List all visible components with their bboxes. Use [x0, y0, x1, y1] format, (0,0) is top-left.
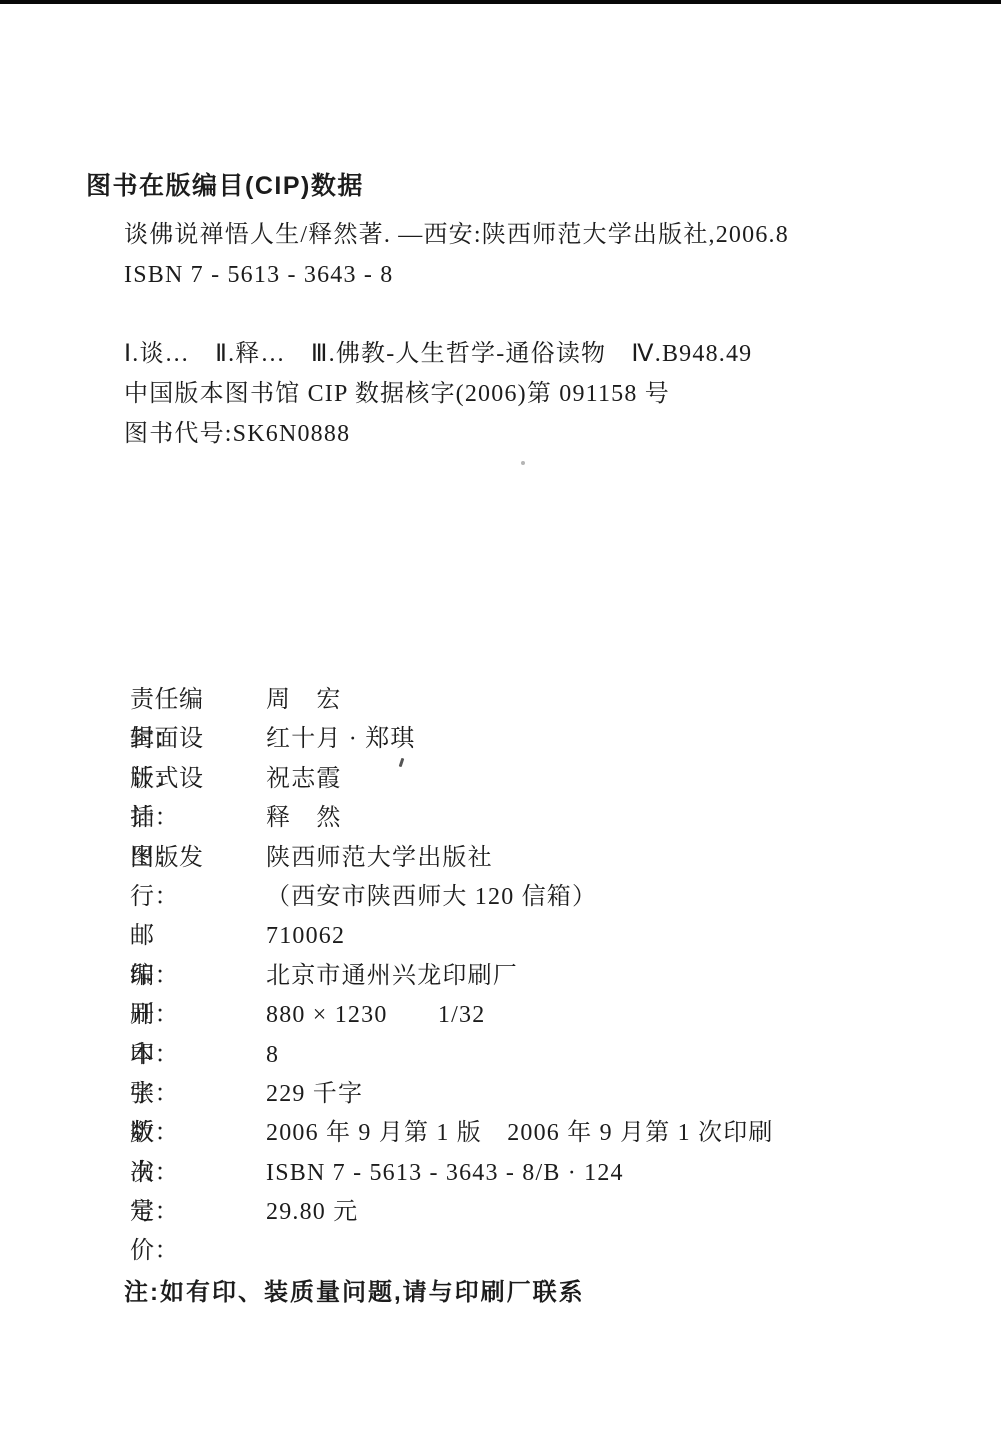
colophon-value: 北京市通州兴龙印刷厂	[266, 957, 518, 996]
colophon-row-format: 开 本：880 × 1230 1/32	[130, 996, 774, 1035]
cip-citation-line: 谈佛说禅悟人生/释然著. —西安:陕西师范大学出版社,2006.8	[124, 215, 789, 255]
colophon-value: （西安市陕西师大 120 信箱）	[266, 878, 597, 917]
colophon-value: 释 然	[266, 799, 342, 838]
colophon-value: 周 宏	[266, 681, 342, 720]
scan-artifact-dot	[521, 461, 525, 465]
colophon-row-edition: 版 次：2006 年 9 月第 1 版 2006 年 9 月第 1 次印刷	[130, 1114, 774, 1153]
colophon-value: 8	[266, 1036, 279, 1075]
colophon-row-illustration: 插 图：释 然	[130, 799, 774, 838]
scan-artifact-top-bar	[0, 0, 1001, 4]
colophon-value: 880 × 1230 1/32	[266, 996, 485, 1035]
colophon-value: 2006 年 9 月第 1 版 2006 年 9 月第 1 次印刷	[266, 1114, 774, 1153]
colophon-value: 229 千字	[266, 1075, 363, 1114]
colophon-row-cover-design: 封面设计：红十月 · 郑琪	[130, 720, 774, 759]
cip-classification-line: Ⅰ.谈… Ⅱ.释… Ⅲ.佛教-人生哲学-通俗读物 Ⅳ.B948.49	[124, 334, 752, 374]
colophon-block: 责任编辑：周 宏 封面设计：红十月 · 郑琪 版式设计：祝志霞 插 图：释 然 …	[130, 681, 774, 1232]
colophon-row-postcode: 邮 编：710062	[130, 917, 774, 956]
colophon-row-layout-design: 版式设计：祝志霞	[130, 760, 774, 799]
quality-note: 注:如有印、装质量问题,请与印刷厂联系	[124, 1272, 585, 1307]
cip-header: 图书在版编目(CIP)数据	[86, 166, 364, 202]
colophon-value: 710062	[266, 917, 345, 956]
scanned-book-copyright-page: 图书在版编目(CIP)数据 谈佛说禅悟人生/释然著. —西安:陕西师范大学出版社…	[0, 0, 1001, 1439]
colophon-row-publisher: 出版发行：陕西师范大学出版社	[130, 839, 774, 878]
colophon-value: 祝志霞	[266, 760, 342, 799]
cip-classification-block: Ⅰ.谈… Ⅱ.释… Ⅲ.佛教-人生哲学-通俗读物 Ⅳ.B948.49 中国版本图…	[124, 334, 752, 454]
colophon-value: 红十月 · 郑琪	[266, 720, 416, 759]
colophon-value: ISBN 7 - 5613 - 3643 - 8/B · 124	[266, 1154, 624, 1193]
cip-citation-block: 谈佛说禅悟人生/释然著. —西安:陕西师范大学出版社,2006.8 ISBN 7…	[124, 215, 789, 295]
book-code-line: 图书代号:SK6N0888	[124, 414, 752, 454]
colophon-row-book-number: 书 号：ISBN 7 - 5613 - 3643 - 8/B · 124	[130, 1154, 774, 1193]
colophon-label: 定 价：	[130, 1193, 252, 1272]
colophon-value: 陕西师范大学出版社	[266, 839, 493, 878]
cip-isbn-line: ISBN 7 - 5613 - 3643 - 8	[124, 255, 789, 295]
colophon-row-publisher-address: （西安市陕西师大 120 信箱）	[130, 878, 774, 917]
colophon-row-sheets: 印 张：8	[130, 1036, 774, 1075]
colophon-row-printer: 印 刷：北京市通州兴龙印刷厂	[130, 957, 774, 996]
colophon-value: 29.80 元	[266, 1193, 358, 1232]
colophon-row-price: 定 价：29.80 元	[130, 1193, 774, 1232]
cip-record-line: 中国版本图书馆 CIP 数据核字(2006)第 091158 号	[124, 374, 752, 414]
colophon-row-editor: 责任编辑：周 宏	[130, 681, 774, 720]
colophon-row-word-count: 字 数：229 千字	[130, 1075, 774, 1114]
